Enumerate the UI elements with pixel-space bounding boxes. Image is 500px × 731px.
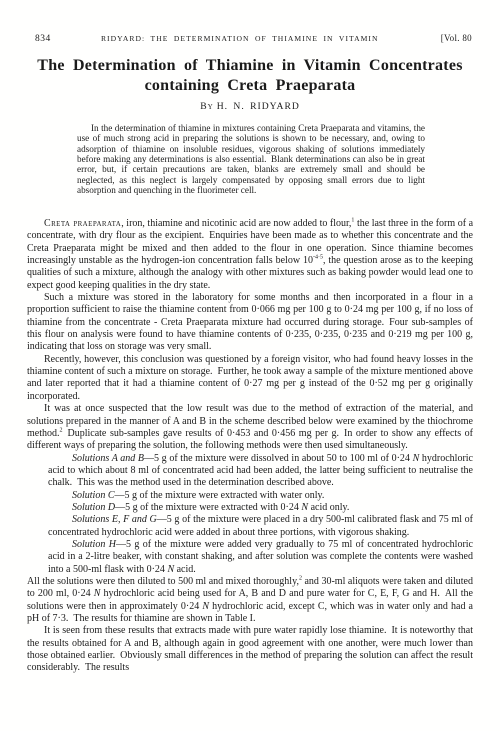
text-segment: Solutions A and B <box>72 453 144 464</box>
text-segment: Solution D <box>72 502 115 513</box>
text-segment: N <box>202 601 209 612</box>
text-segment: Duplicate sub-samples gave results of 0·… <box>27 428 473 451</box>
article-body: Creta praeparata, iron, thiamine and nic… <box>27 218 473 675</box>
paragraph: It was at once suspected that the low re… <box>27 403 473 452</box>
paragraph: Recently, however, this conclusion was q… <box>27 354 473 403</box>
text-segment: Solution H <box>72 539 116 550</box>
byline-prefix: By <box>200 101 213 112</box>
paragraph: Solution H—5 g of the mixture were added… <box>27 539 473 576</box>
page-number: 834 <box>35 34 51 44</box>
text-segment: All the solutions were then diluted to 5… <box>27 576 299 587</box>
byline: ByH. N. RIDYARD <box>0 101 500 112</box>
article-title-line2: containing Creta Praeparata <box>0 76 500 96</box>
text-segment: Creta praeparata <box>44 218 121 229</box>
text-segment: -4·5 <box>313 255 323 261</box>
text-segment: acid only. <box>308 502 349 513</box>
text-segment: —5 g of the mixture were extracted with … <box>115 502 301 513</box>
paragraph: It is seen from these results that extra… <box>27 625 473 674</box>
author-name: H. N. RIDYARD <box>217 101 300 112</box>
journal-page: 834 RIDYARD: THE DETERMINATION OF THIAMI… <box>0 0 500 731</box>
paragraph: All the solutions were then diluted to 5… <box>27 576 473 625</box>
paragraph: Solutions E, F and G—5 g of the mixture … <box>27 514 473 539</box>
article-title-line1: The Determination of Thiamine in Vitamin… <box>0 56 500 76</box>
paragraph: Creta praeparata, iron, thiamine and nic… <box>27 218 473 292</box>
volume-label: [Vol. 80 <box>441 33 472 43</box>
text-segment: Recently, however, this conclusion was q… <box>27 354 473 402</box>
text-segment: acid. <box>174 564 196 575</box>
running-title: RIDYARD: THE DETERMINATION OF THIAMINE I… <box>101 34 379 43</box>
text-segment: Solution C <box>72 490 115 501</box>
paragraph: Such a mixture was stored in the laborat… <box>27 292 473 354</box>
paragraph: Solutions A and B—5 g of the mixture wer… <box>27 453 473 490</box>
page-header: 834 RIDYARD: THE DETERMINATION OF THIAMI… <box>35 33 472 44</box>
text-segment: Solutions E, F and G <box>72 514 157 525</box>
paragraph: Solution C—5 g of the mixture were extra… <box>27 490 473 502</box>
text-segment: Such a mixture was stored in the laborat… <box>27 292 473 352</box>
text-segment: , iron, thiamine and nicotinic acid are … <box>121 218 351 229</box>
text-segment: —5 g of the mixture were extracted with … <box>115 490 325 501</box>
text-segment: —5 g of the mixture were dissolved in ab… <box>144 453 413 464</box>
text-segment: It is seen from these results that extra… <box>27 625 473 673</box>
paragraph: Solution D—5 g of the mixture were extra… <box>27 502 473 514</box>
abstract: In the determination of thiamine in mixt… <box>77 123 425 195</box>
article-title: The Determination of Thiamine in Vitamin… <box>0 56 500 95</box>
